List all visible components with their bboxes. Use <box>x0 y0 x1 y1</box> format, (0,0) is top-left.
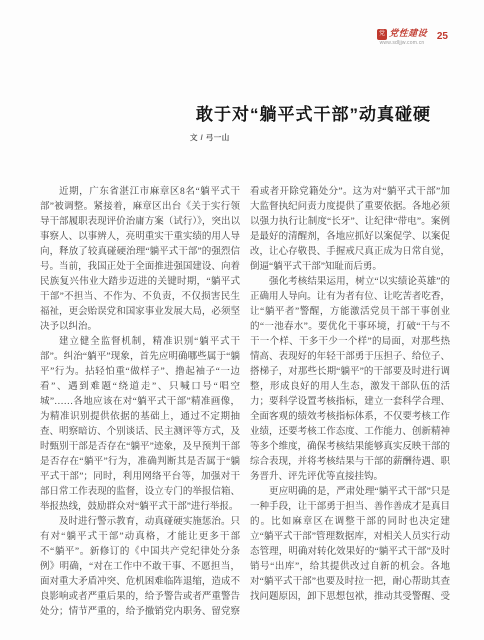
magazine-brand: 党 党性建设 www.sdljjw.com.cn <box>377 29 427 46</box>
brand-name: 党性建设 <box>389 30 428 39</box>
magazine-page: 党 党性建设 www.sdljjw.com.cn 25 敢于对“躺平式干部”动真… <box>0 0 484 640</box>
brand-url: www.sdljjw.com.cn <box>377 41 427 46</box>
article-body: 近期，广东省湛江市麻章区8名“躺平式干部”被调整。紧接着，麻章区出台《关于实行领… <box>40 185 450 625</box>
body-paragraph: 近期，广东省湛江市麻章区8名“躺平式干部”被调整。紧接着，麻章区出台《关于实行领… <box>40 185 240 335</box>
article-byline: 文 / 弓一山 <box>190 132 230 143</box>
page-number: 25 <box>437 31 448 42</box>
brand-seal-icon: 党 <box>377 29 387 40</box>
body-paragraph: 强化考核结果运用，树立“以实绩论英雄”的正确用人导向。让有为者有位、让吃苦者吃香… <box>250 275 450 485</box>
body-paragraph: 建立健全监督机制，精准识别“躺平式干部”。纠治“躺平”现象，首先应明确哪些属于“… <box>40 335 240 515</box>
article-title: 敢于对“躺平式干部”动真碰硬 <box>196 100 431 125</box>
